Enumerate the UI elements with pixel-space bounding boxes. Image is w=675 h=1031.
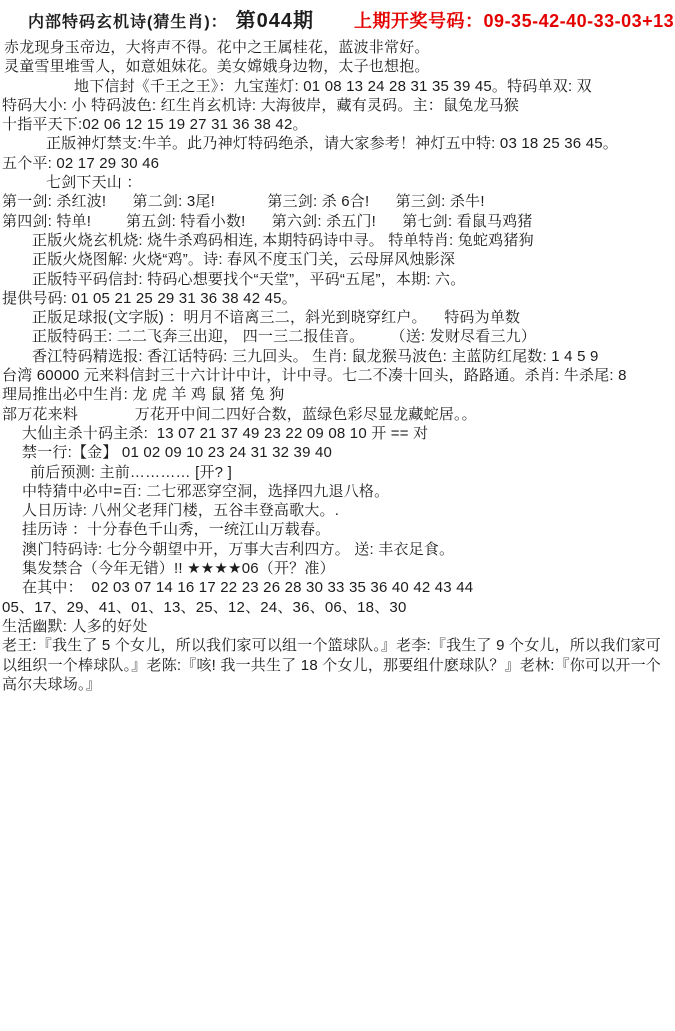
text-line: 正版火烧玄机烧: 烧牛杀鸡码相连, 本期特码诗中寻。 特单特肖: 兔蛇鸡猪狗 [2, 231, 673, 250]
text-line: 部万花来料 万花开中间二四好合数，蓝绿色彩尽显龙藏蛇居。。 [2, 405, 673, 424]
text-line: 正版特码王: 二二飞奔三出迎， 四一三二报佳音。 （送: 发财尽看三九） [2, 327, 673, 346]
text-line: 人日历诗: 八州父老拜门楼，五谷丰登高歌大。. [2, 501, 673, 520]
text-line: 澳门特码诗: 七分今朝望中开，万事大吉利四方。 送: 丰衣足食。 [2, 540, 673, 559]
text-line: 十指平天下:02 06 12 15 19 27 31 36 38 42。 [2, 115, 673, 134]
text-line: 赤龙现身玉帝边，大将声不得。花中之王属桂花，蓝波非常好。 [2, 38, 673, 57]
tip-sheet-page: 内部特码玄机诗(猜生肖)： 第044期 上期开奖号码：09-35-42-40-3… [0, 0, 675, 1031]
text-line: 老王:『我生了 5 个女儿，所以我们家可以组一个篮球队。』老李:『我生了 9 个… [2, 636, 673, 694]
text-line: 在其中： 02 03 07 14 16 17 22 23 26 28 30 33… [2, 578, 673, 597]
text-line: 香江特码精选报: 香江话特码: 三九回头。 生肖: 鼠龙猴马波色: 主蓝防红尾数… [2, 347, 673, 366]
text-line: 正版特平码信封: 特码心想要找个“天堂”，平码“五尾”，本期: 六。 [2, 270, 673, 289]
text-line: 提供号码: 01 05 21 25 29 31 36 38 42 45。 [2, 289, 673, 308]
text-line: 第一剑: 杀红波! 第二剑: 3尾! 第三剑: 杀 6合! 第三剑: 杀牛! [2, 192, 673, 211]
text-line: 正版足球报(文字版) ：明月不谙离三二，斜光到晓穿红户。 特码为单数 [2, 308, 673, 327]
text-line: 挂历诗 ：十分春色千山秀，一统江山万载春。 [2, 520, 673, 539]
issue-number: 第044期 [236, 4, 314, 33]
text-line: 禁一行:【金】 01 02 09 10 23 24 31 32 39 40 [2, 443, 673, 462]
text-line: 第四剑: 特单! 第五剑: 特看小数! 第六剑: 杀五门! 第七剑: 看鼠马鸡猪 [2, 212, 673, 231]
page-title: 内部特码玄机诗(猜生肖)： [28, 9, 228, 32]
text-line: 五个平: 02 17 29 30 46 [2, 154, 673, 173]
last-draw-numbers: 上期开奖号码：09-35-42-40-33-03+13 [354, 7, 674, 33]
text-line: 前后预测: 主前………… [开? ] [2, 463, 673, 482]
text-line: 台湾 60000 元来料信封三十六计计中计，计中寻。七二不凑十回头，路路通。杀肖… [2, 366, 673, 385]
header: 内部特码玄机诗(猜生肖)： 第044期 上期开奖号码：09-35-42-40-3… [0, 0, 675, 36]
text-line: 中特猜中必中=百: 二七邪恶穿空洞，选择四九退八格。 [2, 482, 673, 501]
text-line: 特码大小: 小 特码波色: 红生肖玄机诗: 大海彼岸，藏有灵码。主：鼠兔龙马猴 [2, 96, 673, 115]
text-line: 正版火烧图解: 火烧“鸡”。诗: 春风不度玉门关，云母屏风烛影深 [2, 250, 673, 269]
text-line: 集发禁合（今年无错）!! ★★★★06（开？准） [2, 559, 673, 578]
text-line: 05、17、29、41、01、13、25、12、24、36、06、18、30 [2, 598, 673, 617]
text-line: 七剑下天山 ： [2, 173, 673, 192]
text-line: 理局推出必中生肖: 龙 虎 羊 鸡 鼠 猪 兔 狗 [2, 385, 673, 404]
text-line: 生活幽默: 人多的好处 [2, 617, 673, 636]
text-lines: 赤龙现身玉帝边，大将声不得。花中之王属桂花，蓝波非常好。灵童雪里堆雪人，如意姐妹… [0, 36, 675, 694]
text-line: 地下信封《千王之王》：九宝莲灯: 01 08 13 24 28 31 35 39… [2, 77, 673, 96]
text-line: 正版神灯禁支:牛羊。此乃神灯特码绝杀，请大家参考！神灯五中特: 03 18 25… [2, 134, 673, 153]
text-line: 灵童雪里堆雪人，如意姐妹花。美女嫦娥身边物，太子也想抱。 [2, 57, 673, 76]
text-line: 大仙主杀十码主杀: 13 07 21 37 49 23 22 09 08 10 … [2, 424, 673, 443]
